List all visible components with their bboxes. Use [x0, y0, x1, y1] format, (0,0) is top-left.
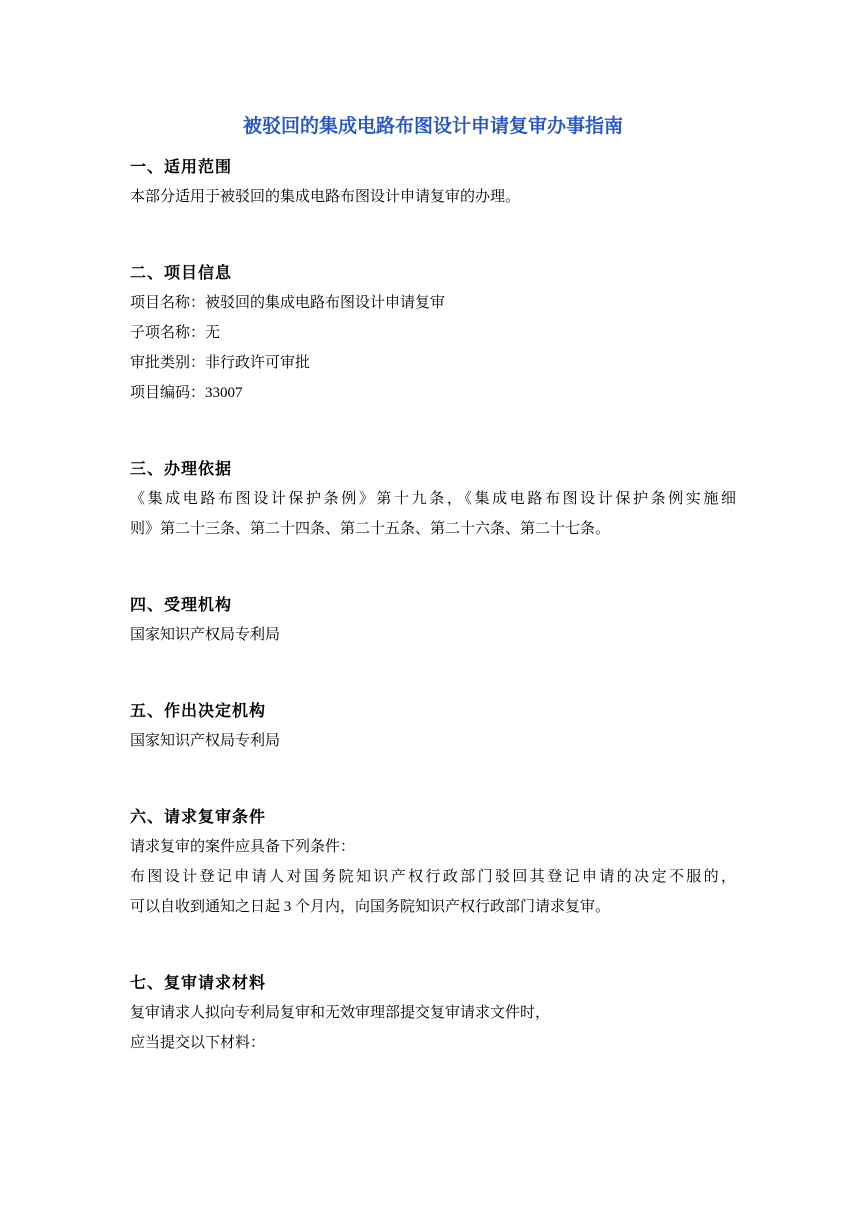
body-line: 审批类别：非行政许可审批 [130, 348, 736, 378]
body-line: 布图设计登记申请人对国务院知识产权行政部门驳回其登记申请的决定不服的， [130, 862, 736, 892]
body-line: 本部分适用于被驳回的集成电路布图设计申请复审的办理。 [130, 182, 736, 212]
section-deciding-authority: 五、作出决定机构 国家知识产权局专利局 [130, 696, 736, 756]
document-title: 被驳回的集成电路布图设计申请复审办事指南 [130, 111, 736, 141]
section-heading: 二、项目信息 [130, 258, 736, 288]
section-project-info: 二、项目信息 项目名称：被驳回的集成电路布图设计申请复审 子项名称：无 审批类别… [130, 258, 736, 408]
body-line: 应当提交以下材料： [130, 1028, 736, 1058]
body-line: 子项名称：无 [130, 318, 736, 348]
section-review-conditions: 六、请求复审条件 请求复审的案件应具备下列条件： 布图设计登记申请人对国务院知识… [130, 802, 736, 922]
document-content: 被驳回的集成电路布图设计申请复审办事指南 一、适用范围 本部分适用于被驳回的集成… [130, 111, 736, 1058]
body-line: 《集成电路布图设计保护条例》第十九条，《集成电路布图设计保护条例实施细 [130, 484, 736, 514]
body-line: 国家知识产权局专利局 [130, 726, 736, 756]
body-line: 可以自收到通知之日起 3 个月内，向国务院知识产权行政部门请求复审。 [130, 892, 736, 922]
section-legal-basis: 三、办理依据 《集成电路布图设计保护条例》第十九条，《集成电路布图设计保护条例实… [130, 454, 736, 544]
section-scope: 一、适用范围 本部分适用于被驳回的集成电路布图设计申请复审的办理。 [130, 152, 736, 212]
section-heading: 七、复审请求材料 [130, 968, 736, 998]
section-heading: 三、办理依据 [130, 454, 736, 484]
section-heading: 四、受理机构 [130, 590, 736, 620]
body-line: 项目编码：33007 [130, 378, 736, 408]
body-line: 请求复审的案件应具备下列条件： [130, 832, 736, 862]
section-heading: 一、适用范围 [130, 152, 736, 182]
section-heading: 五、作出决定机构 [130, 696, 736, 726]
section-accepting-authority: 四、受理机构 国家知识产权局专利局 [130, 590, 736, 650]
body-line: 项目名称：被驳回的集成电路布图设计申请复审 [130, 288, 736, 318]
body-line: 则》第二十三条、第二十四条、第二十五条、第二十六条、第二十七条。 [130, 514, 736, 544]
section-review-materials: 七、复审请求材料 复审请求人拟向专利局复审和无效审理部提交复审请求文件时， 应当… [130, 968, 736, 1058]
body-line: 复审请求人拟向专利局复审和无效审理部提交复审请求文件时， [130, 998, 736, 1028]
document-page: 被驳回的集成电路布图设计申请复审办事指南 一、适用范围 本部分适用于被驳回的集成… [0, 0, 860, 1216]
body-line: 国家知识产权局专利局 [130, 620, 736, 650]
section-heading: 六、请求复审条件 [130, 802, 736, 832]
